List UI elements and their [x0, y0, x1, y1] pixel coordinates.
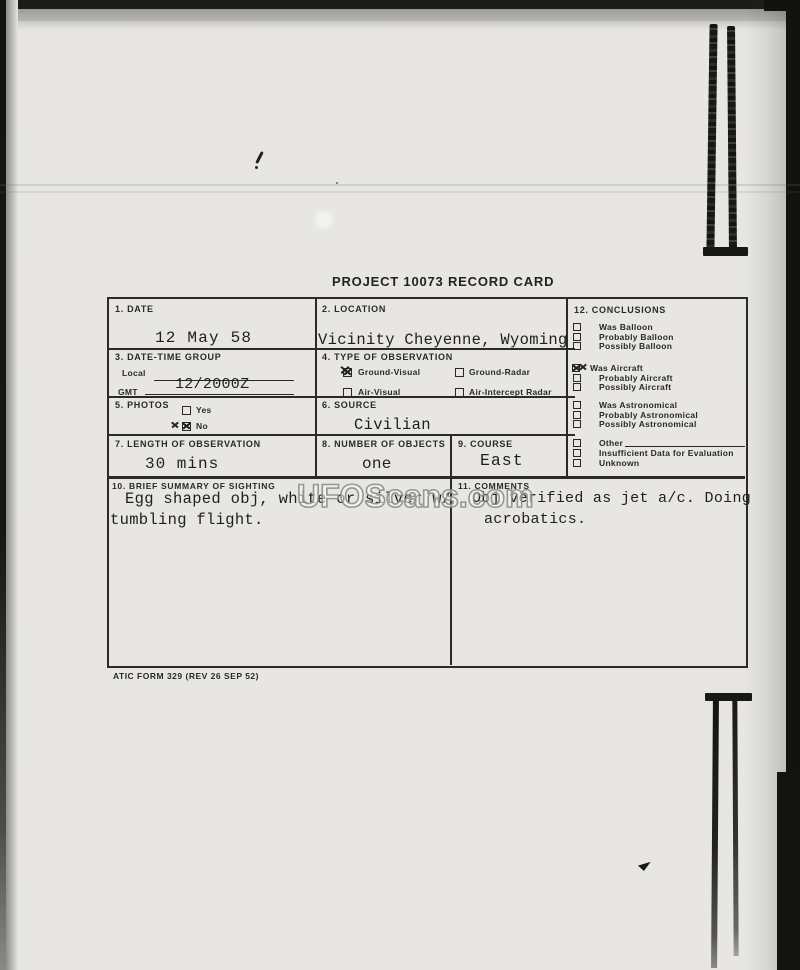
scanned-document-page: PROJECT 10073 RECORD CARD 1. DATE 12 May…	[0, 0, 800, 970]
location-label: 2. LOCATION	[322, 304, 386, 314]
ground-radar-label: Ground-Radar	[469, 367, 530, 377]
insufficient-data-checkbox	[573, 449, 581, 457]
possibly-astronomical-checkbox	[573, 420, 581, 428]
pen-slash-mark	[255, 151, 264, 164]
scan-edge-right-top	[764, 0, 800, 11]
ground-radar-checkbox	[455, 368, 464, 377]
date-value: 12 May 58	[155, 329, 252, 347]
gmt-blank-line	[145, 394, 294, 395]
date-label: 1. DATE	[115, 304, 154, 314]
date-time-group-label: 3. DATE-TIME GROUP	[115, 352, 221, 362]
source-label: 6. SOURCE	[322, 400, 377, 410]
scan-shadow-top	[0, 9, 800, 21]
possibly-astronomical-label: Possibly Astronomical	[599, 419, 697, 429]
was-astronomical-label: Was Astronomical	[599, 400, 677, 410]
photos-yes-label: Yes	[196, 405, 212, 415]
film-mark-bottom-left-line	[711, 700, 719, 968]
scan-line-artifact	[0, 191, 800, 193]
photos-no-checkbox	[182, 422, 191, 431]
grid-vline-col1	[315, 299, 317, 477]
course-label: 9. COURSE	[458, 439, 513, 449]
other-label: Other	[599, 438, 623, 448]
was-aircraft-annotation-x	[579, 362, 589, 372]
air-intercept-radar-label: Air-Intercept Radar	[469, 387, 552, 397]
film-mark-bottom-right-line	[732, 700, 738, 956]
conclusions-label: 12. CONCLUSIONS	[574, 305, 666, 315]
comments-line-1: Obj verified as jet a/c. Doing	[472, 490, 751, 507]
film-mark-top-left-line	[706, 24, 717, 251]
brief-summary-line-1: Egg shaped obj, white or silver w/	[125, 490, 451, 508]
possibly-aircraft-label: Possibly Aircraft	[599, 382, 671, 392]
film-mark-top-bar	[703, 247, 748, 256]
was-aircraft-label: Was Aircraft	[590, 363, 643, 373]
length-of-observation-value: 30 mins	[145, 455, 219, 473]
was-balloon-checkbox	[573, 323, 581, 331]
possibly-balloon-checkbox	[573, 342, 581, 350]
air-visual-label: Air-Visual	[358, 387, 401, 397]
unknown-label: Unknown	[599, 458, 639, 468]
source-value: Civilian	[354, 416, 431, 434]
number-of-objects-value: one	[362, 455, 392, 473]
ink-arrow-mark	[637, 860, 650, 872]
grid-vline-conclusions	[566, 299, 568, 477]
record-card: 1. DATE 12 May 58 2. LOCATION Vicinity C…	[107, 297, 748, 668]
gmt-label: GMT	[118, 387, 138, 397]
was-balloon-label: Was Balloon	[599, 322, 653, 332]
air-visual-checkbox	[343, 388, 352, 397]
scan-shadow-top-fade	[0, 21, 800, 30]
possibly-balloon-label: Possibly Balloon	[599, 341, 672, 351]
probably-aircraft-checkbox	[573, 374, 581, 382]
grid-vline-col2	[450, 435, 452, 665]
paper-blemish	[316, 212, 331, 227]
type-of-observation-label: 4. TYPE OF OBSERVATION	[322, 352, 453, 362]
number-of-objects-label: 8. NUMBER OF OBJECTS	[322, 439, 446, 449]
photos-no-label: No	[196, 421, 208, 431]
unknown-checkbox	[573, 459, 581, 467]
scan-edge-top	[0, 0, 800, 9]
probably-balloon-checkbox	[573, 333, 581, 341]
location-value: Vicinity Cheyenne, Wyoming	[318, 331, 568, 349]
other-checkbox	[573, 439, 581, 447]
grid-hline-row4	[109, 476, 745, 479]
ground-visual-scribble-x	[340, 365, 350, 375]
scan-line-artifact	[0, 184, 800, 186]
scan-shadow-left	[6, 0, 18, 970]
was-astronomical-checkbox	[573, 401, 581, 409]
course-value: East	[480, 451, 524, 470]
length-of-observation-label: 7. LENGTH OF OBSERVATION	[115, 439, 261, 449]
brief-summary-line-2: tumbling flight.	[110, 511, 264, 529]
ground-visual-label: Ground-Visual	[358, 367, 420, 377]
photos-label: 5. PHOTOS	[115, 400, 169, 410]
gmt-value: 12/2000Z	[175, 376, 249, 393]
possibly-aircraft-checkbox	[573, 383, 581, 391]
local-label: Local	[122, 368, 146, 378]
grid-hline-row3	[109, 434, 575, 436]
other-blank-line	[625, 446, 745, 447]
insufficient-data-label: Insufficient Data for Evaluation	[599, 448, 734, 458]
pen-dot-mark	[255, 166, 258, 169]
film-mark-top-right-line	[727, 26, 737, 251]
form-number: ATIC FORM 329 (REV 26 SEP 52)	[113, 671, 259, 681]
dust-speck	[336, 182, 338, 184]
page-title: PROJECT 10073 RECORD CARD	[332, 274, 554, 289]
air-intercept-radar-checkbox	[455, 388, 464, 397]
comments-line-2: acrobatics.	[484, 511, 586, 528]
scan-edge-right-bottom	[777, 772, 800, 970]
photos-yes-checkbox	[182, 406, 191, 415]
photos-no-x-mark	[171, 420, 181, 430]
probably-astronomical-checkbox	[573, 411, 581, 419]
